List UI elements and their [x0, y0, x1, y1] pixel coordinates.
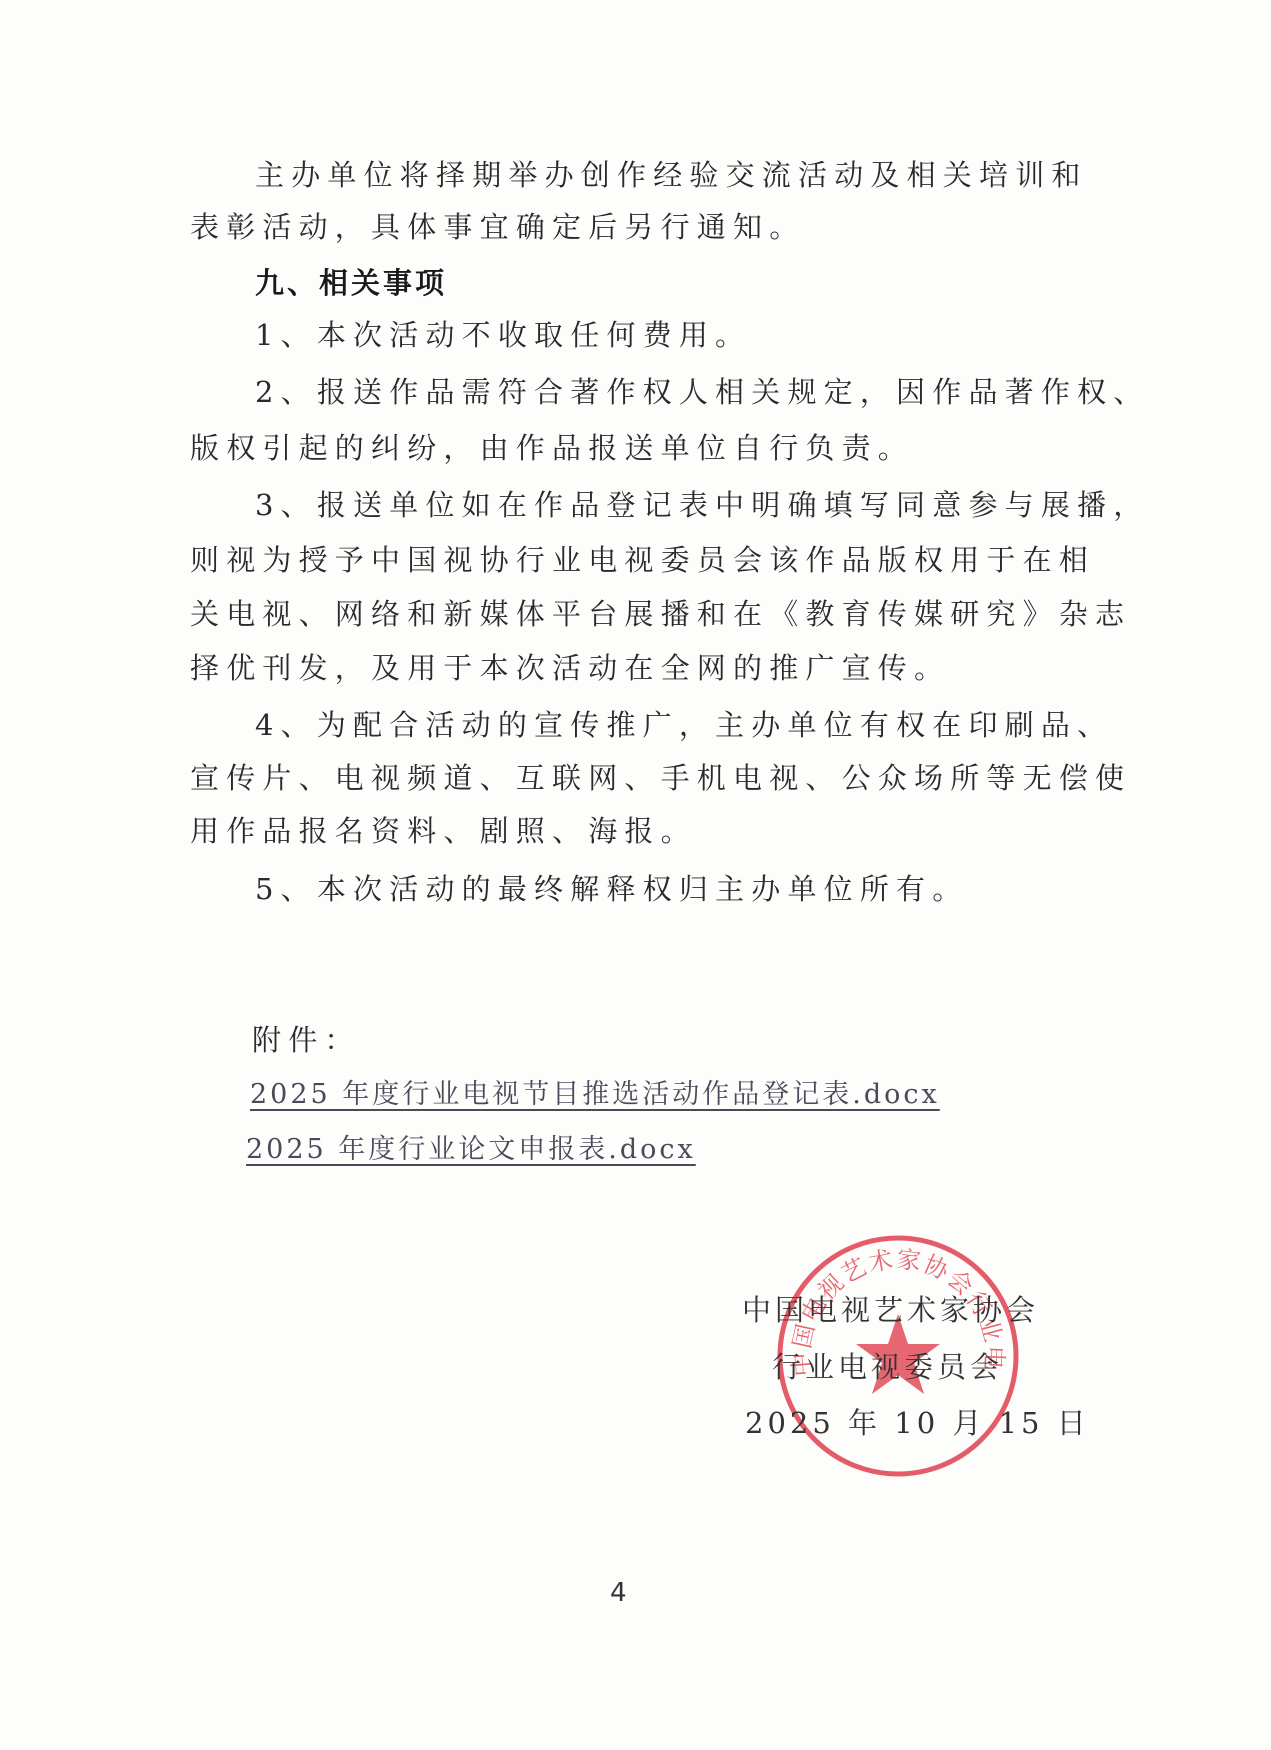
item-3-line-1: 3、报送单位如在作品登记表中明确填写同意参与展播， — [255, 485, 1149, 525]
signature-date: 2025 年 10 月 15 日 — [745, 1403, 1090, 1443]
item-2-line-2: 版权引起的纠纷，由作品报送单位自行负责。 — [190, 428, 914, 468]
item-4-line-3: 用作品报名资料、剧照、海报。 — [190, 811, 697, 851]
item-3-line-4: 择优刊发，及用于本次活动在全网的推广宣传。 — [190, 648, 950, 688]
item-4-line-1: 4、为配合活动的宣传推广，主办单位有权在印刷品、 — [255, 705, 1113, 745]
intro-line-2: 表彰活动，具体事宜确定后另行通知。 — [190, 207, 805, 247]
attachments-label: 附件： — [252, 1020, 361, 1060]
section-heading: 九、相关事项 — [255, 263, 447, 303]
item-3-line-2: 则视为授予中国视协行业电视委员会该作品版权用于在相 — [190, 540, 1095, 580]
item-2-line-1: 2、报送作品需符合著作权人相关规定，因作品著作权、 — [255, 372, 1149, 412]
item-5-line-1: 5、本次活动的最终解释权归主办单位所有。 — [255, 869, 968, 909]
signature-org-line-2: 行业电视委员会 — [772, 1347, 1003, 1387]
attachment-link-registration-form[interactable]: 2025 年度行业电视节目推选活动作品登记表.docx — [250, 1075, 940, 1115]
page-number: 4 — [610, 1578, 627, 1608]
item-4-line-2: 宣传片、电视频道、互联网、手机电视、公众场所等无偿使 — [190, 758, 1131, 798]
item-1-line-1: 1、本次活动不收取任何费用。 — [255, 315, 751, 355]
attachment-link-paper-form[interactable]: 2025 年度行业论文申报表.docx — [246, 1130, 696, 1170]
intro-line-1: 主办单位将择期举办创作经验交流活动及相关培训和 — [255, 155, 1088, 195]
signature-org-line-1: 中国电视艺术家协会 — [742, 1290, 1039, 1330]
item-3-line-3: 关电视、网络和新媒体平台展播和在《教育传媒研究》杂志 — [190, 594, 1131, 634]
